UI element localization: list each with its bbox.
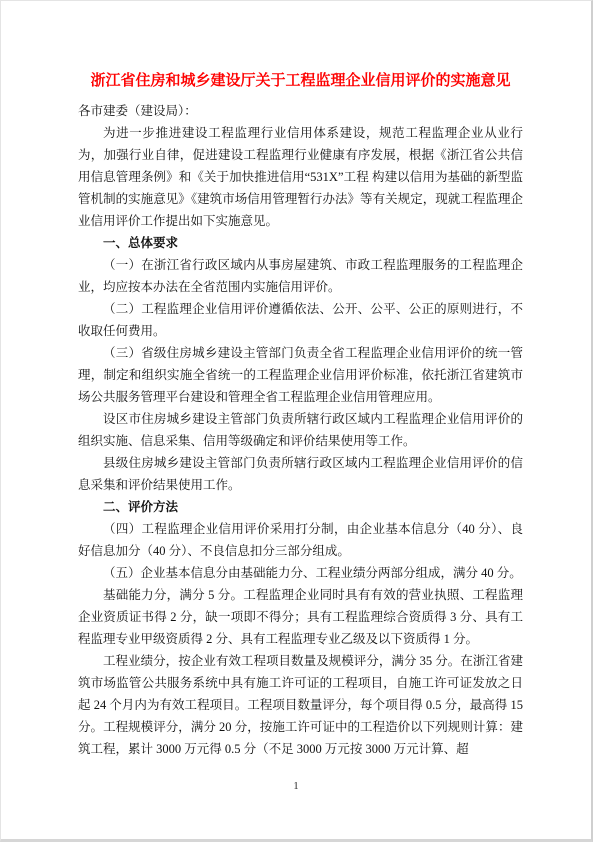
paragraph: 基础能力分，满分 5 分。工程监理企业同时具有有效的营业执照、工程监理企业资质证… [78, 584, 523, 650]
paragraph: 县级住房城乡建设主管部门负责所辖行政区域内工程监理企业信用评价的信息采集和评价结… [78, 452, 523, 496]
paragraph: （四）工程监理企业信用评价采用打分制，由企业基本信息分（40 分）、良好信息加分… [78, 518, 523, 562]
section-heading: 二、评价方法 [78, 496, 523, 518]
paragraph: 设区市住房城乡建设主管部门负责所辖行政区域内工程监理企业信用评价的组织实施、信息… [78, 408, 523, 452]
paragraph: 工程业绩分，按企业有效工程项目数量及规模评分，满分 35 分。在浙江省建筑市场监… [78, 650, 523, 760]
paragraph: 各市建委（建设局）： [78, 100, 523, 122]
paragraph: （二）工程监理企业信用评价遵循依法、公开、公平、公正的原则进行，不收取任何费用。 [78, 298, 523, 342]
document-page: 浙江省住房和城乡建设厅关于工程监理企业信用评价的实施意见 各市建委（建设局）：为… [0, 0, 593, 842]
paragraph: （一）在浙江省行政区域内从事房屋建筑、市政工程监理服务的工程监理企业，均应按本办… [78, 254, 523, 298]
paragraph: （五）企业基本信息分由基础能力分、工程业绩分两部分组成，满分 40 分。 [78, 562, 523, 584]
document-title: 浙江省住房和城乡建设厅关于工程监理企业信用评价的实施意见 [78, 71, 523, 91]
paragraph: 为进一步推进建设工程监理行业信用体系建设，规范工程监理企业从业行为，加强行业自律… [78, 122, 523, 232]
section-heading: 一、总体要求 [78, 232, 523, 254]
paragraph: （三）省级住房城乡建设主管部门负责全省工程监理企业信用评价的统一管理，制定和组织… [78, 342, 523, 408]
document-body: 各市建委（建设局）：为进一步推进建设工程监理行业信用体系建设，规范工程监理企业从… [78, 100, 523, 760]
page-number: 1 [1, 781, 591, 793]
